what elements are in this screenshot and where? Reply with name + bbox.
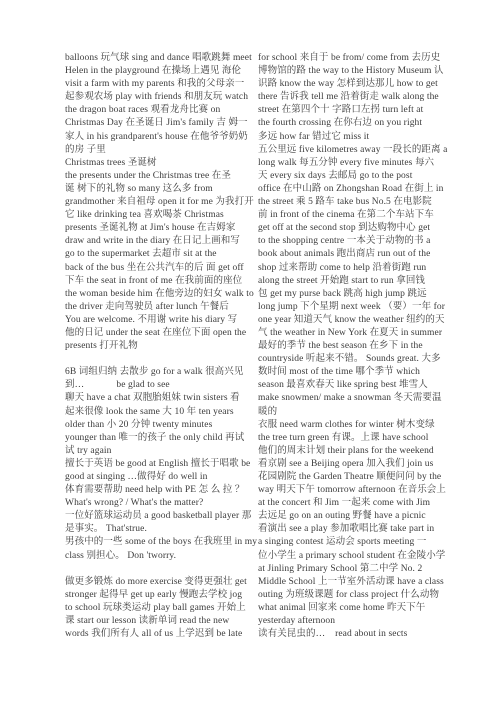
text-line: 看京剧 see a Beijing opera 加入我们 join us (258, 458, 448, 471)
text-line: the presents under the Christmas tree 在圣 (65, 170, 258, 183)
left-text-column: balloons 玩气球 sing and dance 唱歌跳舞 meetHel… (65, 52, 258, 641)
text-line: 擅长于英语 be good at English 擅长于唱歌 be (65, 458, 258, 471)
text-line: 位小学生 a primary school student 在金陵小学 (258, 550, 448, 563)
text-line: 天 every six days 去邮局 go to the post (258, 170, 448, 183)
text-line: presents 圣诞礼物 at Jim's house 在吉姆家 (65, 222, 258, 235)
text-line: outing 为班级课题 for class project 什么动物 (258, 589, 448, 602)
text-line: grandmother 来自祖母 open it for me 为我打开 (65, 196, 258, 209)
text-line: 男孩中的一些 some of the boys 在我班里 in my (65, 536, 258, 549)
text-line: 包 get my purse back 跳高 high jump 跳远 (258, 288, 448, 301)
text-line: make snowmen/ make a snowman 冬天需要温暖的 (258, 392, 448, 418)
text-line: 识路 know the way 怎样到达那儿 how to get (258, 78, 448, 91)
text-line: 诞 树下的礼物 so many 这么多 from (65, 183, 258, 196)
text-line: for school 来自于 be from/ come from 去历史 (258, 52, 448, 65)
text-line: Helen in the playground 在操场上遇见 海伦 (65, 65, 258, 78)
text-line: 是事实。 That'strue. (65, 523, 258, 536)
text-line: 去远足 go on an outing 野餐 have a picnic (258, 510, 448, 523)
text-line: a singing contest 运动会 sports meeting 一 (258, 536, 448, 549)
text-line: 博物馆的路 the way to the History Museum 认 (258, 65, 448, 78)
text-line: 6B 词组归纳 去散步 go for a walk 很高兴见 (65, 366, 258, 379)
text-line: get off at the second stop 到达购物中心 get (258, 222, 448, 235)
text-line: 做更多锻炼 do more exercise 变得更强壮 get (65, 576, 258, 589)
text-line: one year 知道天气 know the weather 纽约的天 (258, 314, 448, 327)
text-line: the street 乘 5 路车 take bus No.5 在电影院 (258, 196, 448, 209)
text-line: visit a farm with my parents 和我的父母亲一 (65, 78, 258, 91)
text-line: the tree turn green 有课。上课 have school (258, 432, 448, 445)
text-line: 前 in front of the cinema 在第二个车站下车 (258, 209, 448, 222)
text-line: the dragon boat races 观看龙舟比赛 on (65, 104, 258, 117)
text-line: Middle School 上一节室外活动课 have a class (258, 576, 448, 589)
text-line: 起参观农场 play with friends 和朋友玩 watch (65, 91, 258, 104)
right-text-column: for school 来自于 be from/ come from 去历史博物馆… (258, 52, 448, 641)
text-line: 五公里远 five kilometres away 一段长的距离 a (258, 144, 448, 157)
text-line: class 别担心。 Don 'tworry. (65, 550, 258, 563)
text-line: back of the bus 坐在公共汽车的后 面 get off (65, 262, 258, 275)
text-line: 气 the weather in New York 在夏天 in summer (258, 327, 448, 340)
text-line: what animal 回家来 come home 昨天下午 (258, 602, 448, 615)
text-line: 看演出 see a play 参加歌唱比赛 take part in (258, 523, 448, 536)
text-line: draw and write in the diary 在日记上画和写 (65, 235, 258, 248)
text-line: long walk 每五分钟 every five minutes 每六 (258, 157, 448, 170)
text-line: season 最喜欢春天 like spring best 堆雪人 (258, 379, 448, 392)
text-line: office 在中山路 on Zhongshan Road 在街上 in (258, 183, 448, 196)
text-line: to the shopping centre 一本关于动物的书 a (258, 235, 448, 248)
text-line: 一位好篮球运动员 a good basketball player 那 (65, 510, 258, 523)
text-line: book about animals 跑出商店 run out of the (258, 248, 448, 261)
text-line (65, 353, 258, 366)
text-line: older than 小 20 分钟 twenty minutes (65, 419, 258, 432)
text-line: 他的日记 under the seat 在座位下面 open the (65, 327, 258, 340)
text-line: the woman beside him 在他旁边的妇女 walk to (65, 288, 258, 301)
text-line: 最好的季节 the best season 在乡下 in the (258, 340, 448, 353)
text-line: shop 过来帮助 come to help 沿着街跑 run (258, 262, 448, 275)
text-line: words 我们所有人 all of us 上学迟到 be late (65, 628, 258, 641)
text-line: 到… be glad to see (65, 379, 258, 392)
two-column-text-layout: balloons 玩气球 sing and dance 唱歌跳舞 meetHel… (65, 52, 500, 641)
text-line: long jump 下个星期 next week （要）一年 for (258, 301, 448, 314)
text-line: 的房 子里 (65, 144, 258, 157)
text-line: 衣服 need warm clothes for winter 树木变绿 (258, 419, 448, 432)
text-line: balloons 玩气球 sing and dance 唱歌跳舞 meet (65, 52, 258, 65)
text-line: yesterday afternoon (258, 615, 448, 628)
text-line: 他们的周末计划 their plans for the weekend (258, 445, 448, 458)
text-line: good at singing …做得好 do well in (65, 471, 258, 484)
text-line (65, 563, 258, 576)
text-line: 家人 in his grandparent's house 在他爷爷奶奶 (65, 131, 258, 144)
text-line: 它 like drinking tea 喜欢喝茶 Christmas (65, 209, 258, 222)
text-line: street 在第四个十 字路口左拐 turn left at (258, 104, 448, 117)
text-line: at the concert 和 Jim 一起来 come with Jim (258, 497, 448, 510)
text-line: at Jinling Primary School 第二中学 No. 2 (258, 563, 448, 576)
document-page: balloons 玩气球 sing and dance 唱歌跳舞 meetHel… (0, 0, 500, 707)
text-line: younger than 唯一的孩子 the only child 再试 (65, 432, 258, 445)
text-line: What's wrong? / What's the matter? (65, 497, 258, 510)
text-line: 花园剧院 the Garden Theatre 顺便问问 by the (258, 471, 448, 484)
text-line: 下车 the seat in front of me 在我前面的座位 (65, 275, 258, 288)
text-line: stronger 起得早 get up early 慢跑去学校 jog (65, 589, 258, 602)
text-line: presents 打开礼物 (65, 340, 258, 353)
text-line: the driver 走向驾驶员 after lunch 午餐后 (65, 301, 258, 314)
text-line: along the street 开始跑 start to run 拿回钱 (258, 275, 448, 288)
text-line: go to the supermarket 去超市 sit at the (65, 248, 258, 261)
text-line: the fourth crossing 在你右边 on you right (258, 117, 448, 130)
text-line: Christmas trees 圣诞树 (65, 157, 258, 170)
text-line: 课 start our lesson 读新单词 read the new (65, 615, 258, 628)
text-line: 体育需要帮助 need help with PE 怎 么 拉 ？ (65, 484, 258, 497)
text-line: way 明天下午 tomorrow afternoon 在音乐会上 (258, 484, 448, 497)
text-line: 起来很像 look the same 大 10 年 ten years (65, 406, 258, 419)
text-line: to school 玩球类运动 play ball games 开始上 (65, 602, 258, 615)
text-line: Christmas Day 在圣诞日 Jim's family 吉 姆一 (65, 117, 258, 130)
text-line: You are welcome. 不用谢 write his diary 写 (65, 314, 258, 327)
text-line: 多远 how far 错过它 miss it (258, 131, 448, 144)
text-line: there 告诉我 tell me 沿着街走 walk along the (258, 91, 448, 104)
text-line: 聊天 have a chat 双胞胎姐妹 twin sisters 看 (65, 392, 258, 405)
text-line: countryside 听起来不错。 Sounds great. 大多 (258, 353, 448, 366)
text-line: 读有关昆虫的… read about in sects (258, 628, 448, 641)
text-line: 数时间 most of the time 哪个季节 which (258, 366, 448, 379)
text-line: 试 try again (65, 445, 258, 458)
